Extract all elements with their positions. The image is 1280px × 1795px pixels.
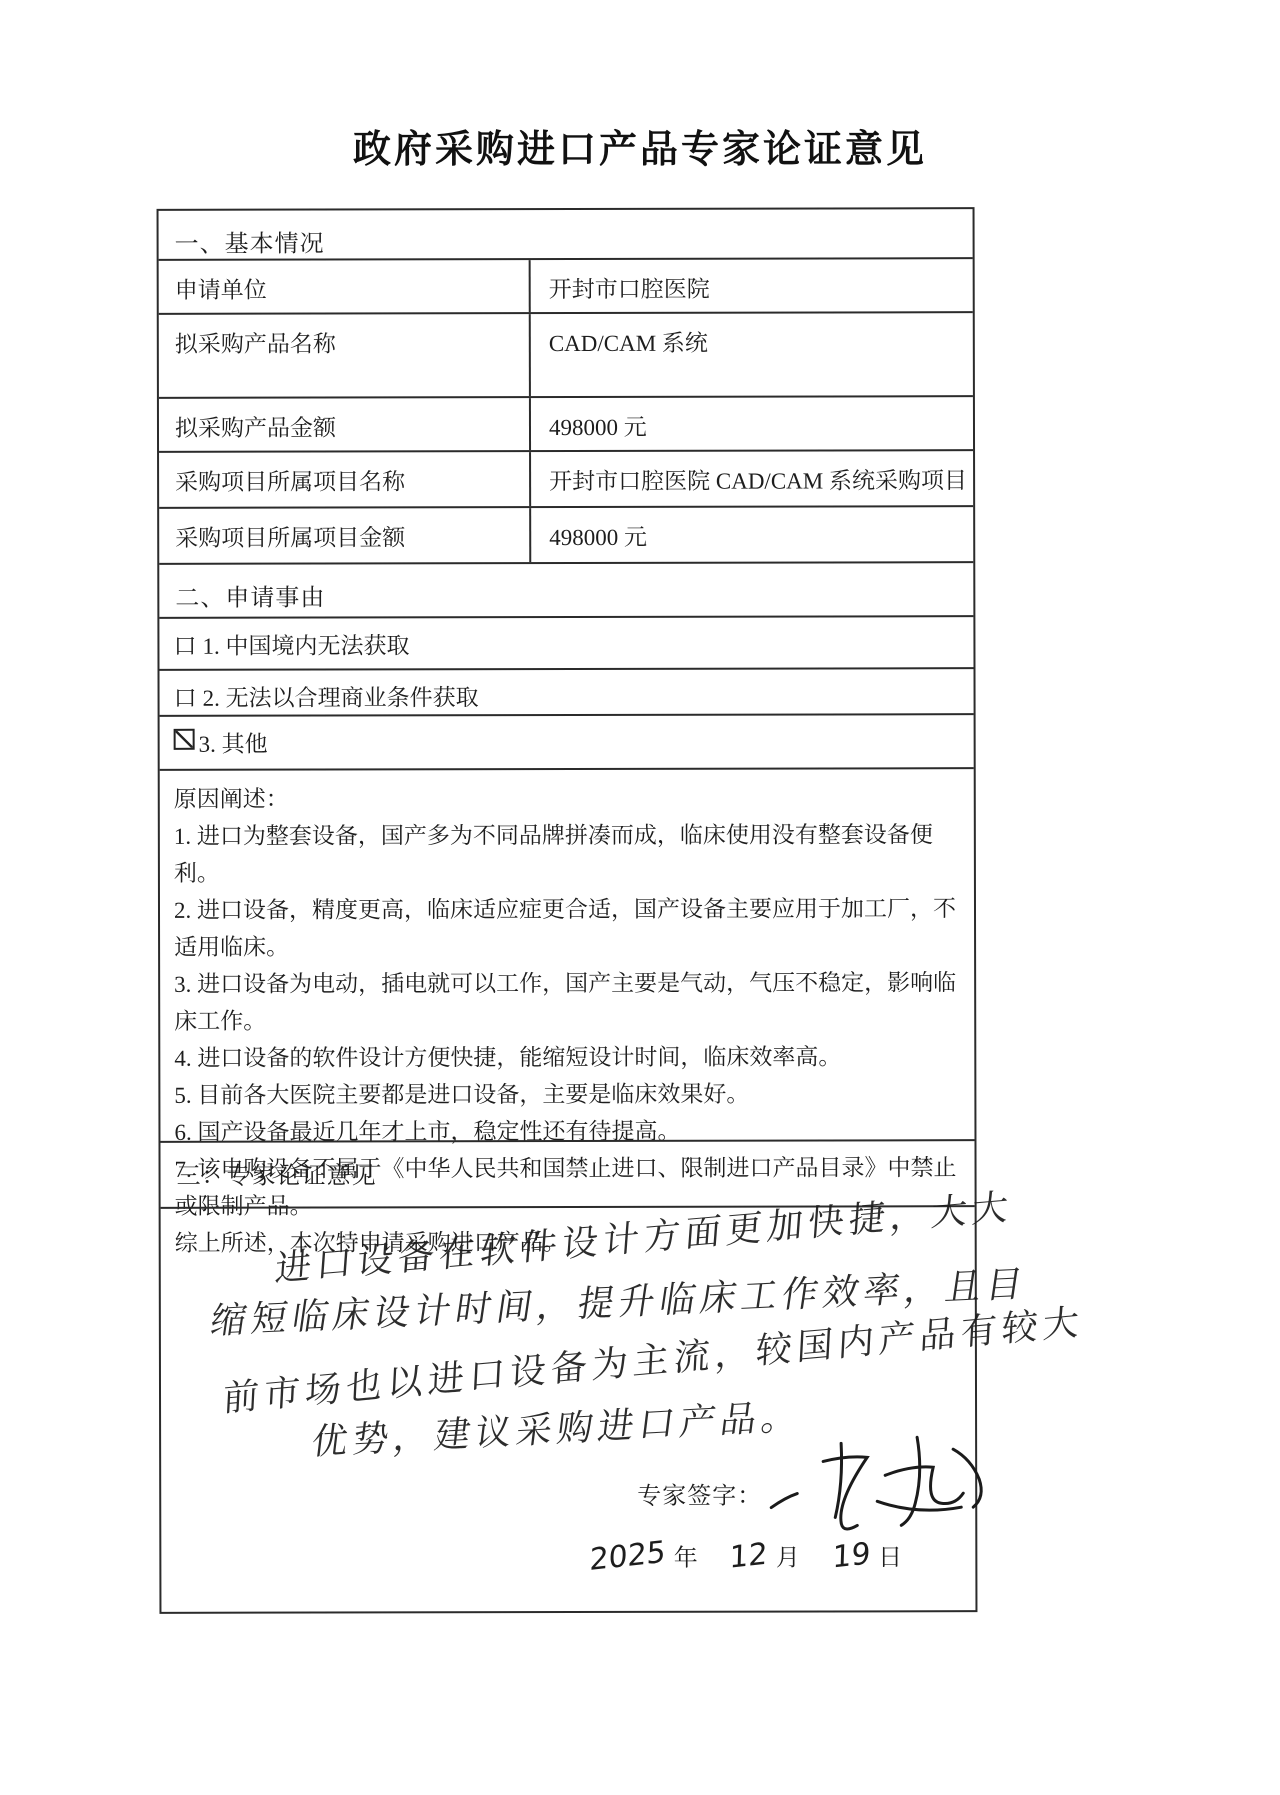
date-line: 2025年 12月 19日: [581, 1537, 961, 1574]
row-value: 开封市口腔医院 CAD/CAM 系统采购项目: [531, 451, 973, 506]
row-value: 498000 元: [531, 507, 973, 562]
table-row: 拟采购产品金额 498000 元: [159, 395, 973, 451]
row-label: 拟采购产品金额: [159, 398, 531, 451]
unchecked-checkbox: 口: [173, 628, 196, 661]
unchecked-checkbox: 口: [174, 680, 197, 713]
row-label: 拟采购产品名称: [159, 314, 531, 397]
reason-item: 2. 进口设备，精度更高，临床适应症更合适，国产设备主要应用于加工厂，不适用临床…: [174, 890, 960, 966]
page-title: 政府采购进口产品专家论证意见: [0, 118, 1280, 173]
row-value: CAD/CAM 系统: [531, 313, 973, 396]
table-row: 采购项目所属项目金额 498000 元: [159, 505, 973, 563]
section2-header: 二、申请事由: [159, 561, 973, 617]
option-label: 3. 其他: [199, 726, 268, 759]
option-row-1: 口 1. 中国境内无法获取: [159, 615, 973, 669]
handwritten-month: 12: [729, 1536, 768, 1575]
reason-item: 3. 进口设备为电动，插电就可以工作，国产主要是气动，气压不稳定，影响临床工作。: [174, 964, 960, 1040]
table-row: 采购项目所属项目名称 开封市口腔医院 CAD/CAM 系统采购项目: [159, 449, 973, 507]
day-unit: 日: [878, 1545, 902, 1571]
signature-label: 专家签字：: [637, 1476, 762, 1511]
reason-item: 5. 目前各大医院主要都是进口设备，主要是临床效果好。: [174, 1075, 960, 1114]
section1-header: 一、基本情况: [159, 209, 973, 259]
checked-checkbox: [174, 729, 195, 750]
opinion-form-table: 一、基本情况 申请单位 开封市口腔医院 拟采购产品名称 CAD/CAM 系统 拟…: [157, 207, 978, 1614]
reason-title: 原因阐述：: [174, 779, 960, 818]
option-label: 2. 无法以合理商业条件获取: [203, 679, 479, 713]
option-row-3: 3. 其他: [160, 713, 974, 769]
option-row-2: 口 2. 无法以合理商业条件获取: [159, 667, 973, 715]
reason-cell: 原因阐述： 1. 进口为整套设备，国产多为不同品牌拼凑而成，临床使用没有整套设备…: [160, 767, 975, 1141]
table-row: 拟采购产品名称 CAD/CAM 系统: [159, 311, 973, 397]
option-label: 1. 中国境内无法获取: [202, 627, 409, 660]
row-value: 498000 元: [531, 397, 973, 450]
row-label: 申请单位: [159, 260, 531, 313]
reason-item: 1. 进口为整套设备，国产多为不同品牌拼凑而成，临床使用没有整套设备便利。: [174, 816, 960, 892]
row-label: 采购项目所属项目名称: [159, 452, 531, 507]
month-unit: 月: [776, 1546, 800, 1572]
row-label: 采购项目所属项目金额: [159, 508, 531, 563]
handwritten-year: 2025: [589, 1535, 666, 1578]
handwritten-day: 19: [831, 1536, 870, 1575]
expert-opinion-cell: 进口设备在软件设计方面更加快捷，大大 缩短临床设计时间，提升临床工作效率，且目 …: [161, 1205, 976, 1612]
year-unit: 年: [674, 1546, 698, 1572]
row-value: 开封市口腔医院: [531, 259, 973, 312]
reason-item: 4. 进口设备的软件设计方便快捷，能缩短设计时间，临床效率高。: [174, 1038, 960, 1077]
table-row: 申请单位 开封市口腔医院: [159, 257, 973, 313]
